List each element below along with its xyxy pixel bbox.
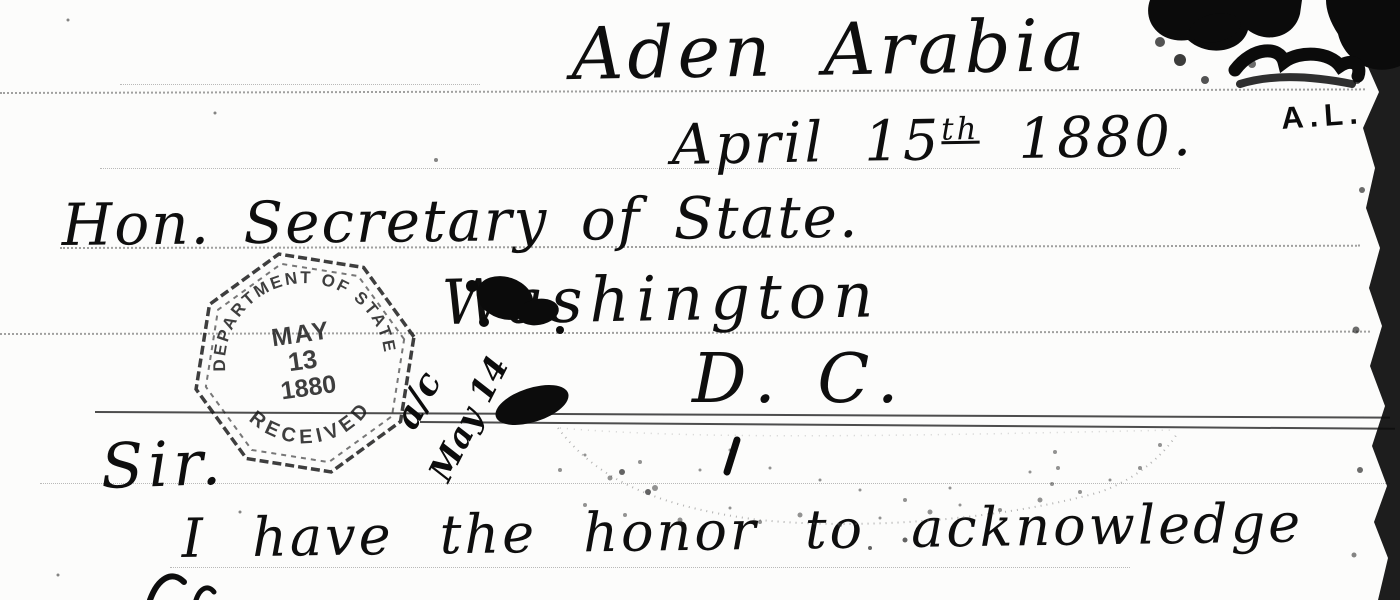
place-line: Aden Arabia bbox=[571, 9, 1090, 90]
apostrophe-mark bbox=[727, 440, 737, 472]
docket-ac-note: a/c bbox=[388, 366, 447, 434]
docket-date-note: May 14 bbox=[423, 351, 513, 486]
date-prefix: April 15 bbox=[671, 108, 942, 178]
date-year: 1880. bbox=[979, 104, 1194, 173]
ruled-line bbox=[120, 84, 480, 85]
body-line-1: I have the honor to acknowledge bbox=[181, 496, 1303, 566]
cutoff-next-line bbox=[150, 576, 214, 600]
letter-scan-page: DEPARTMENT OF STATE RECEIVED MAY 13 1880… bbox=[0, 0, 1400, 600]
stamp-bottom-arc-text: RECEIVED bbox=[243, 395, 379, 455]
stamp-year: 1880 bbox=[279, 370, 338, 405]
ruled-line bbox=[40, 483, 1390, 484]
address-line-3: D. C. bbox=[692, 346, 909, 414]
salutation: Sir. bbox=[100, 432, 227, 498]
stamp-day: 13 bbox=[286, 343, 319, 377]
address-line-2: Washington bbox=[441, 264, 881, 334]
stamp-octagon-inner bbox=[197, 255, 413, 471]
ink-blot-cluster bbox=[1148, 0, 1400, 84]
date-suffix: th bbox=[941, 111, 980, 148]
ruled-line bbox=[420, 421, 1395, 430]
smudged-word bbox=[1235, 51, 1359, 84]
corner-initials: A.L. bbox=[1280, 97, 1365, 134]
address-line-1: Hon. Secretary of State. bbox=[61, 188, 859, 254]
stamp-top-arc-text: DEPARTMENT OF STATE bbox=[200, 258, 399, 373]
date-line: April 15th 1880. bbox=[671, 109, 1194, 174]
